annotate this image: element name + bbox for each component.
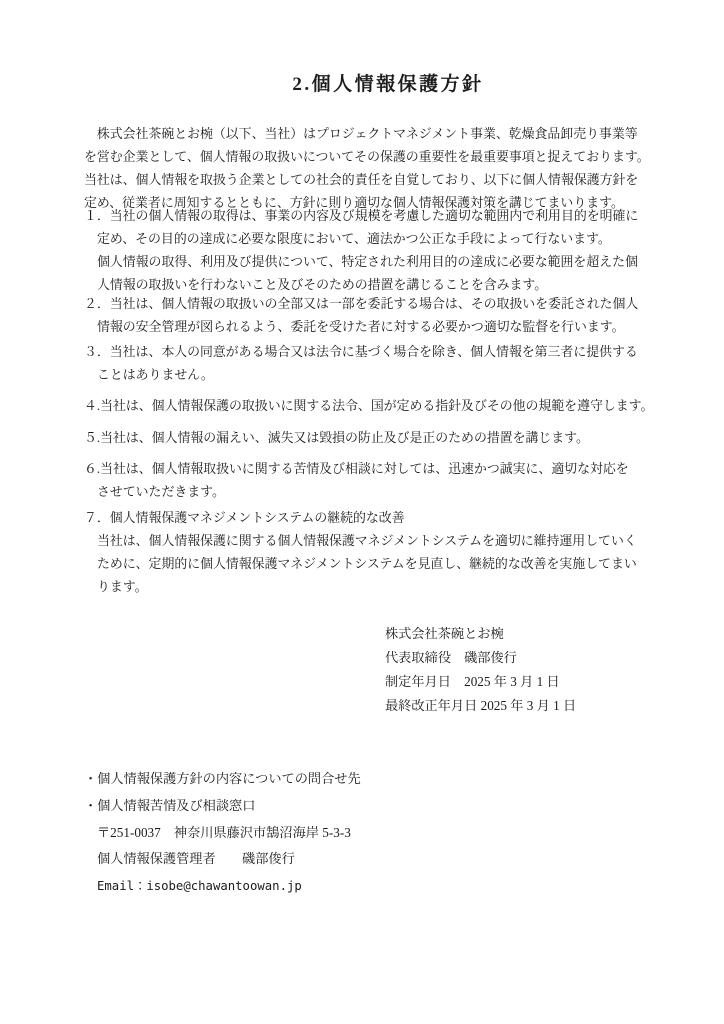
policy-item-line: ７．個人情報保護マネジメントシステムの継続的な改善: [84, 507, 684, 530]
policy-item-line: １．当社の個人情報の取得は、事業の内容及び規模を考慮した適切な範囲内で利用目的を…: [84, 205, 684, 228]
contact-email: Email：isobe@chawantoowan.jp: [84, 873, 684, 900]
policy-item-line: 当社は、個人情報保護に関する個人情報保護マネジメントシステムを適切に維持運用して…: [84, 530, 684, 553]
page-title: 2.個人情報保護方針: [26, 72, 724, 98]
policy-item-3: ３．当社は、本人の同意がある場合又は法令に基づく場合を除き、個人情報を第三者に提…: [84, 341, 684, 387]
policy-item-line: ２．当社は、個人情報の取扱いの全部又は一部を委託する場合は、その取扱いを委託され…: [84, 293, 684, 316]
policy-item-2: ２．当社は、個人情報の取扱いの全部又は一部を委託する場合は、その取扱いを委託され…: [84, 293, 684, 339]
policy-item-5: ５.当社は、個人情報の漏えい、滅失又は毀損の防止及び是正のための措置を講じます。: [84, 427, 684, 450]
policy-item-line: ５.当社は、個人情報の漏えい、滅失又は毀損の防止及び是正のための措置を講じます。: [84, 427, 684, 450]
policy-item-line: ために、定期的に個人情報保護マネジメントシステムを見直し、継続的な改善を実施して…: [84, 553, 684, 576]
policy-item-line: させていただきます。: [84, 481, 684, 504]
enactment-date: 制定年月日 2025 年 3 月 1 日: [385, 670, 705, 694]
policy-item-6: ６.当社は、個人情報取扱いに関する苦情及び相談に対しては、迅速かつ誠実に、適切な…: [84, 458, 684, 504]
company-name: 株式会社茶碗とお椀: [385, 622, 705, 646]
policy-item-line: 情報の安全管理が図られるよう、委託を受けた者に対する必要かつ適切な監督を行います…: [84, 316, 684, 339]
contact-inquiry-heading: ・個人情報保護方針の内容についての問合せ先: [84, 766, 684, 793]
contact-window-heading: ・個人情報苦情及び相談窓口: [84, 793, 684, 820]
policy-item-7: ７．個人情報保護マネジメントシステムの継続的な改善 当社は、個人情報保護に関する…: [84, 507, 684, 599]
intro-line: 株式会社茶碗とお椀（以下、当社）はプロジェクトマネジメント事業、乾燥食品卸売り事…: [84, 123, 684, 146]
privacy-manager-name: 個人情報保護管理者 磯部俊行: [84, 846, 684, 873]
postal-address: 〒251-0037 神奈川県藤沢市鵠沼海岸 5-3-3: [84, 820, 684, 847]
policy-item-1: １．当社の個人情報の取得は、事業の内容及び規模を考慮した適切な範囲内で利用目的を…: [84, 205, 684, 297]
policy-item-line: 個人情報の取得、利用及び提供について、特定された利用目的の達成に必要な範囲を超え…: [84, 251, 684, 274]
contact-block: ・個人情報保護方針の内容についての問合せ先 ・個人情報苦情及び相談窓口 〒251…: [84, 766, 684, 900]
privacy-policy-document: 2.個人情報保護方針 株式会社茶碗とお椀（以下、当社）はプロジェクトマネジメント…: [0, 0, 724, 1024]
policy-item-line: ４.当社は、個人情報保護の取扱いに関する法令、国が定める指針及びその他の規範を遵…: [84, 395, 684, 418]
intro-paragraph: 株式会社茶碗とお椀（以下、当社）はプロジェクトマネジメント事業、乾燥食品卸売り事…: [84, 123, 684, 215]
representative-name: 代表取締役 磯部俊行: [385, 646, 705, 670]
intro-line: 当社は、個人情報を取扱う企業としての社会的責任を自覚しており、以下に個人情報保護…: [84, 169, 684, 192]
policy-item-line: ６.当社は、個人情報取扱いに関する苦情及び相談に対しては、迅速かつ誠実に、適切な…: [84, 458, 684, 481]
last-revision-date: 最終改正年月日 2025 年 3 月 1 日: [385, 694, 705, 718]
signature-block: 株式会社茶碗とお椀 代表取締役 磯部俊行 制定年月日 2025 年 3 月 1 …: [385, 622, 705, 718]
policy-item-line: 定め、その目的の達成に必要な限度において、適法かつ公正な手段によって行ないます。: [84, 228, 684, 251]
policy-item-line: ３．当社は、本人の同意がある場合又は法令に基づく場合を除き、個人情報を第三者に提…: [84, 341, 684, 364]
policy-item-4: ４.当社は、個人情報保護の取扱いに関する法令、国が定める指針及びその他の規範を遵…: [84, 395, 684, 418]
policy-item-line: ことはありません。: [84, 364, 684, 387]
policy-item-line: ります。: [84, 576, 684, 599]
intro-line: を営む企業として、個人情報の取扱いについてその保護の重要性を最重要事項と捉えてお…: [84, 146, 684, 169]
